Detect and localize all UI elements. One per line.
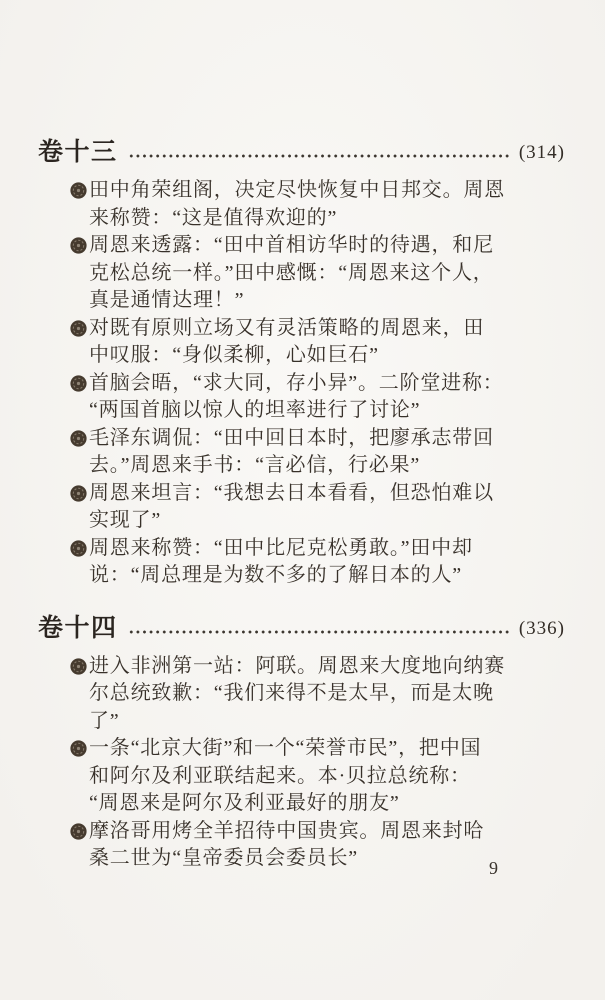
seal-stamp-icon [70,485,87,502]
seal-stamp-icon [70,430,87,447]
seal-stamp-icon [70,540,87,557]
toc-item-text: 周恩来称赞：“田中比尼克松勇敢。”田中却 说：“周总理是为数不多的了解日本的人” [89,535,540,590]
section-page-ref: (336) [519,614,565,644]
seal-stamp-icon [70,237,87,254]
seal-stamp-icon [70,823,87,840]
seal-stamp-icon [70,658,87,675]
section-title: 卷十三 [38,138,118,168]
toc-section-13: 卷十三 (314) 田中角荣组阁，决定尽快恢复中日邦交。周恩 来称赞：“这是值得… [38,138,565,590]
toc-section-14: 卷十四 (336) 进入非洲第一站：阿联。周恩来大度地向纳赛 尔总统致歉：“我们… [38,614,565,873]
dotted-leader [128,151,511,161]
toc-item: 进入非洲第一站：阿联。周恩来大度地向纳赛 尔总统致歉：“我们来得不是太早，而是太… [70,653,540,736]
toc-item: 周恩来称赞：“田中比尼克松勇敢。”田中却 说：“周总理是为数不多的了解日本的人” [70,535,540,590]
seal-stamp-icon [70,182,87,199]
toc-item: 摩洛哥用烤全羊招待中国贵宾。周恩来封哈 桑二世为“皇帝委员会委员长” [70,818,540,873]
toc-item-text: 进入非洲第一站：阿联。周恩来大度地向纳赛 尔总统致歉：“我们来得不是太早，而是太… [89,653,540,736]
toc-item-text: 周恩来坦言：“我想去日本看看，但恐怕难以 实现了” [89,480,540,535]
toc-item-list: 田中角荣组阁，决定尽快恢复中日邦交。周恩 来称赞：“这是值得欢迎的” 周恩来透露… [70,177,540,590]
toc-item: 对既有原则立场又有灵活策略的周恩来，田 中叹服：“身似柔柳，心如巨石” [70,315,540,370]
toc-item-text: 田中角荣组阁，决定尽快恢复中日邦交。周恩 来称赞：“这是值得欢迎的” [89,177,540,232]
toc-item: 首脑会晤，“求大同，存小异”。二阶堂进称： “两国首脑以惊人的坦率进行了讨论” [70,370,540,425]
toc-item-list: 进入非洲第一站：阿联。周恩来大度地向纳赛 尔总统致歉：“我们来得不是太早，而是太… [70,653,540,873]
page-number: 9 [489,858,498,879]
book-toc-page: 卷十三 (314) 田中角荣组阁，决定尽快恢复中日邦交。周恩 来称赞：“这是值得… [0,0,605,1000]
toc-item: 田中角荣组阁，决定尽快恢复中日邦交。周恩 来称赞：“这是值得欢迎的” [70,177,540,232]
dotted-leader [128,627,511,637]
toc-item-text: 对既有原则立场又有灵活策略的周恩来，田 中叹服：“身似柔柳，心如巨石” [89,315,540,370]
toc-item: 周恩来透露：“田中首相访华时的待遇，和尼 克松总统一样。”田中感慨：“周恩来这个… [70,232,540,315]
toc-item-text: 一条“北京大街”和一个“荣誉市民”，把中国 和阿尔及利亚联结起来。本·贝拉总统称… [89,735,540,818]
toc-item: 毛泽东调侃：“田中回日本时，把廖承志带回 去。”周恩来手书：“言必信，行必果” [70,425,540,480]
seal-stamp-icon [70,375,87,392]
toc-item-text: 摩洛哥用烤全羊招待中国贵宾。周恩来封哈 桑二世为“皇帝委员会委员长” [89,818,540,873]
seal-stamp-icon [70,320,87,337]
section-page-ref: (314) [519,138,565,168]
section-header: 卷十三 (314) [38,138,565,168]
toc-item-text: 首脑会晤，“求大同，存小异”。二阶堂进称： “两国首脑以惊人的坦率进行了讨论” [89,370,540,425]
toc-item: 一条“北京大街”和一个“荣誉市民”，把中国 和阿尔及利亚联结起来。本·贝拉总统称… [70,735,540,818]
seal-stamp-icon [70,740,87,757]
section-header: 卷十四 (336) [38,614,565,644]
toc-item-text: 毛泽东调侃：“田中回日本时，把廖承志带回 去。”周恩来手书：“言必信，行必果” [89,425,540,480]
toc-item: 周恩来坦言：“我想去日本看看，但恐怕难以 实现了” [70,480,540,535]
section-title: 卷十四 [38,614,118,644]
toc-item-text: 周恩来透露：“田中首相访华时的待遇，和尼 克松总统一样。”田中感慨：“周恩来这个… [89,232,540,315]
